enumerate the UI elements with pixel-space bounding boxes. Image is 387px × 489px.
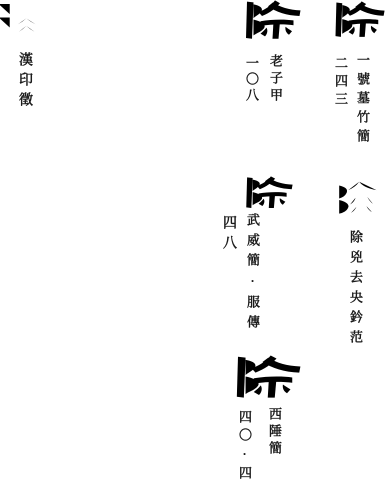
chu-glyph-brush-4 <box>231 355 301 399</box>
dictionary-scan-page: 一號墓竹簡 二四三 老子甲 一〇八 除兇去央鈐范 武威簡·服傳 四八 西陲簡 四… <box>0 0 387 489</box>
source-label: 老子甲 <box>269 54 282 105</box>
page-number: 二四三 <box>334 56 347 110</box>
chu-glyph-brush-2 <box>241 0 301 40</box>
page-number: 四八 <box>221 215 235 255</box>
chu-glyph-brush-1 <box>331 1 385 38</box>
source-label: 一號墓竹簡 <box>356 53 369 148</box>
chu-glyph-seal <box>0 0 41 41</box>
source-label: 西陲簡 <box>268 407 281 458</box>
source-label: 漢印徵 <box>17 52 31 112</box>
source-label: 除兇去央鈐范 <box>349 230 362 350</box>
chu-glyph-brush-3 <box>242 176 293 209</box>
page-number: 四〇·四 <box>238 410 251 484</box>
chu-glyph-thin <box>331 181 381 219</box>
source-label: 武威簡·服傳 <box>246 213 259 335</box>
page-number: 一〇八 <box>245 56 258 104</box>
